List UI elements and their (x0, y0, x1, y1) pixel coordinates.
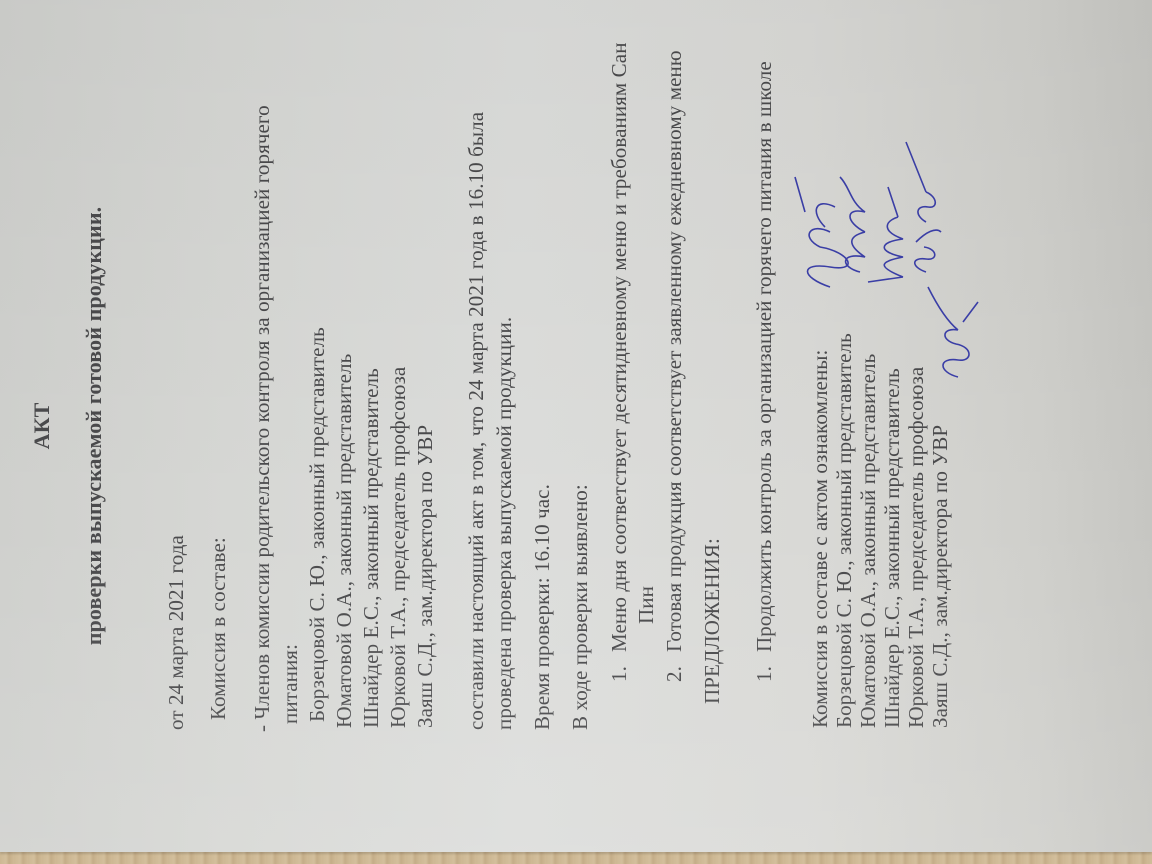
commission-intro: Комиссия в составе: (206, 537, 230, 720)
finding-text: Меню дня соответствует десятидневному ме… (607, 42, 631, 652)
acknowledged-member: Юрковой Т.А., председатель профсоюза (904, 367, 928, 728)
finding-number: 2. (662, 666, 686, 682)
acknowledged-member: Борзецовой С. Ю., законный представитель (832, 333, 856, 728)
document-subtitle: проверки выпускаемой готовой продукции. (82, 0, 106, 852)
members-intro-line2: питания: (278, 644, 302, 724)
finding-number: 1. (607, 666, 631, 682)
proposal-text: Продолжить контроль за организацией горя… (752, 61, 776, 652)
member-line: Юрковой Т.А., председатель профсоюза (386, 367, 410, 728)
document-page: АКТ проверки выпускаемой готовой продукц… (0, 0, 1152, 852)
finding-text: Готовая продукция соответствует заявленн… (662, 50, 686, 652)
members-intro-line1: - Членов комиссии родительского контроля… (250, 105, 274, 732)
member-line: Борзецовой С. Ю., законный представитель (305, 327, 329, 722)
acknowledged-member: Шнайдер Е.С., законный представитель (880, 368, 904, 728)
proposals-heading: ПРЕДЛОЖЕНИЯ: (700, 538, 724, 704)
finding-text-continued: Пин (634, 586, 658, 624)
document-title: АКТ (30, 0, 54, 852)
signature-1 (790, 172, 865, 292)
signature-2 (830, 167, 885, 277)
signature-3 (858, 177, 923, 287)
statement-line1: составили настоящий акт в том, что 24 ма… (464, 112, 488, 730)
acknowledged-member: Юматовой О.А., законный представитель (856, 354, 880, 728)
signature-4 (896, 137, 961, 277)
member-line: Юматовой О.А., законный представитель (332, 354, 356, 728)
paper-sheet: АКТ проверки выпускаемой готовой продукц… (0, 0, 1152, 852)
findings-intro: В ходе проверки выявлено: (568, 484, 592, 730)
proposal-number: 1. (752, 666, 776, 682)
document-date: от 24 марта 2021 года (164, 535, 188, 730)
acknowledged-intro: Комиссия в составе с актом ознакомлены: (808, 350, 832, 728)
member-line: Заяш С.Д., зам.директора по УВР (413, 425, 437, 728)
check-time: Время проверки: 16.10 час. (530, 484, 554, 730)
acknowledged-member: Заяш С.Д., зам.директора по УВР (928, 425, 952, 728)
statement-line2: проведена проверка выпускаемой продукции… (492, 317, 516, 730)
member-line: Шнайдер Е.С., законный представитель (359, 368, 383, 728)
signature-5 (918, 272, 993, 382)
